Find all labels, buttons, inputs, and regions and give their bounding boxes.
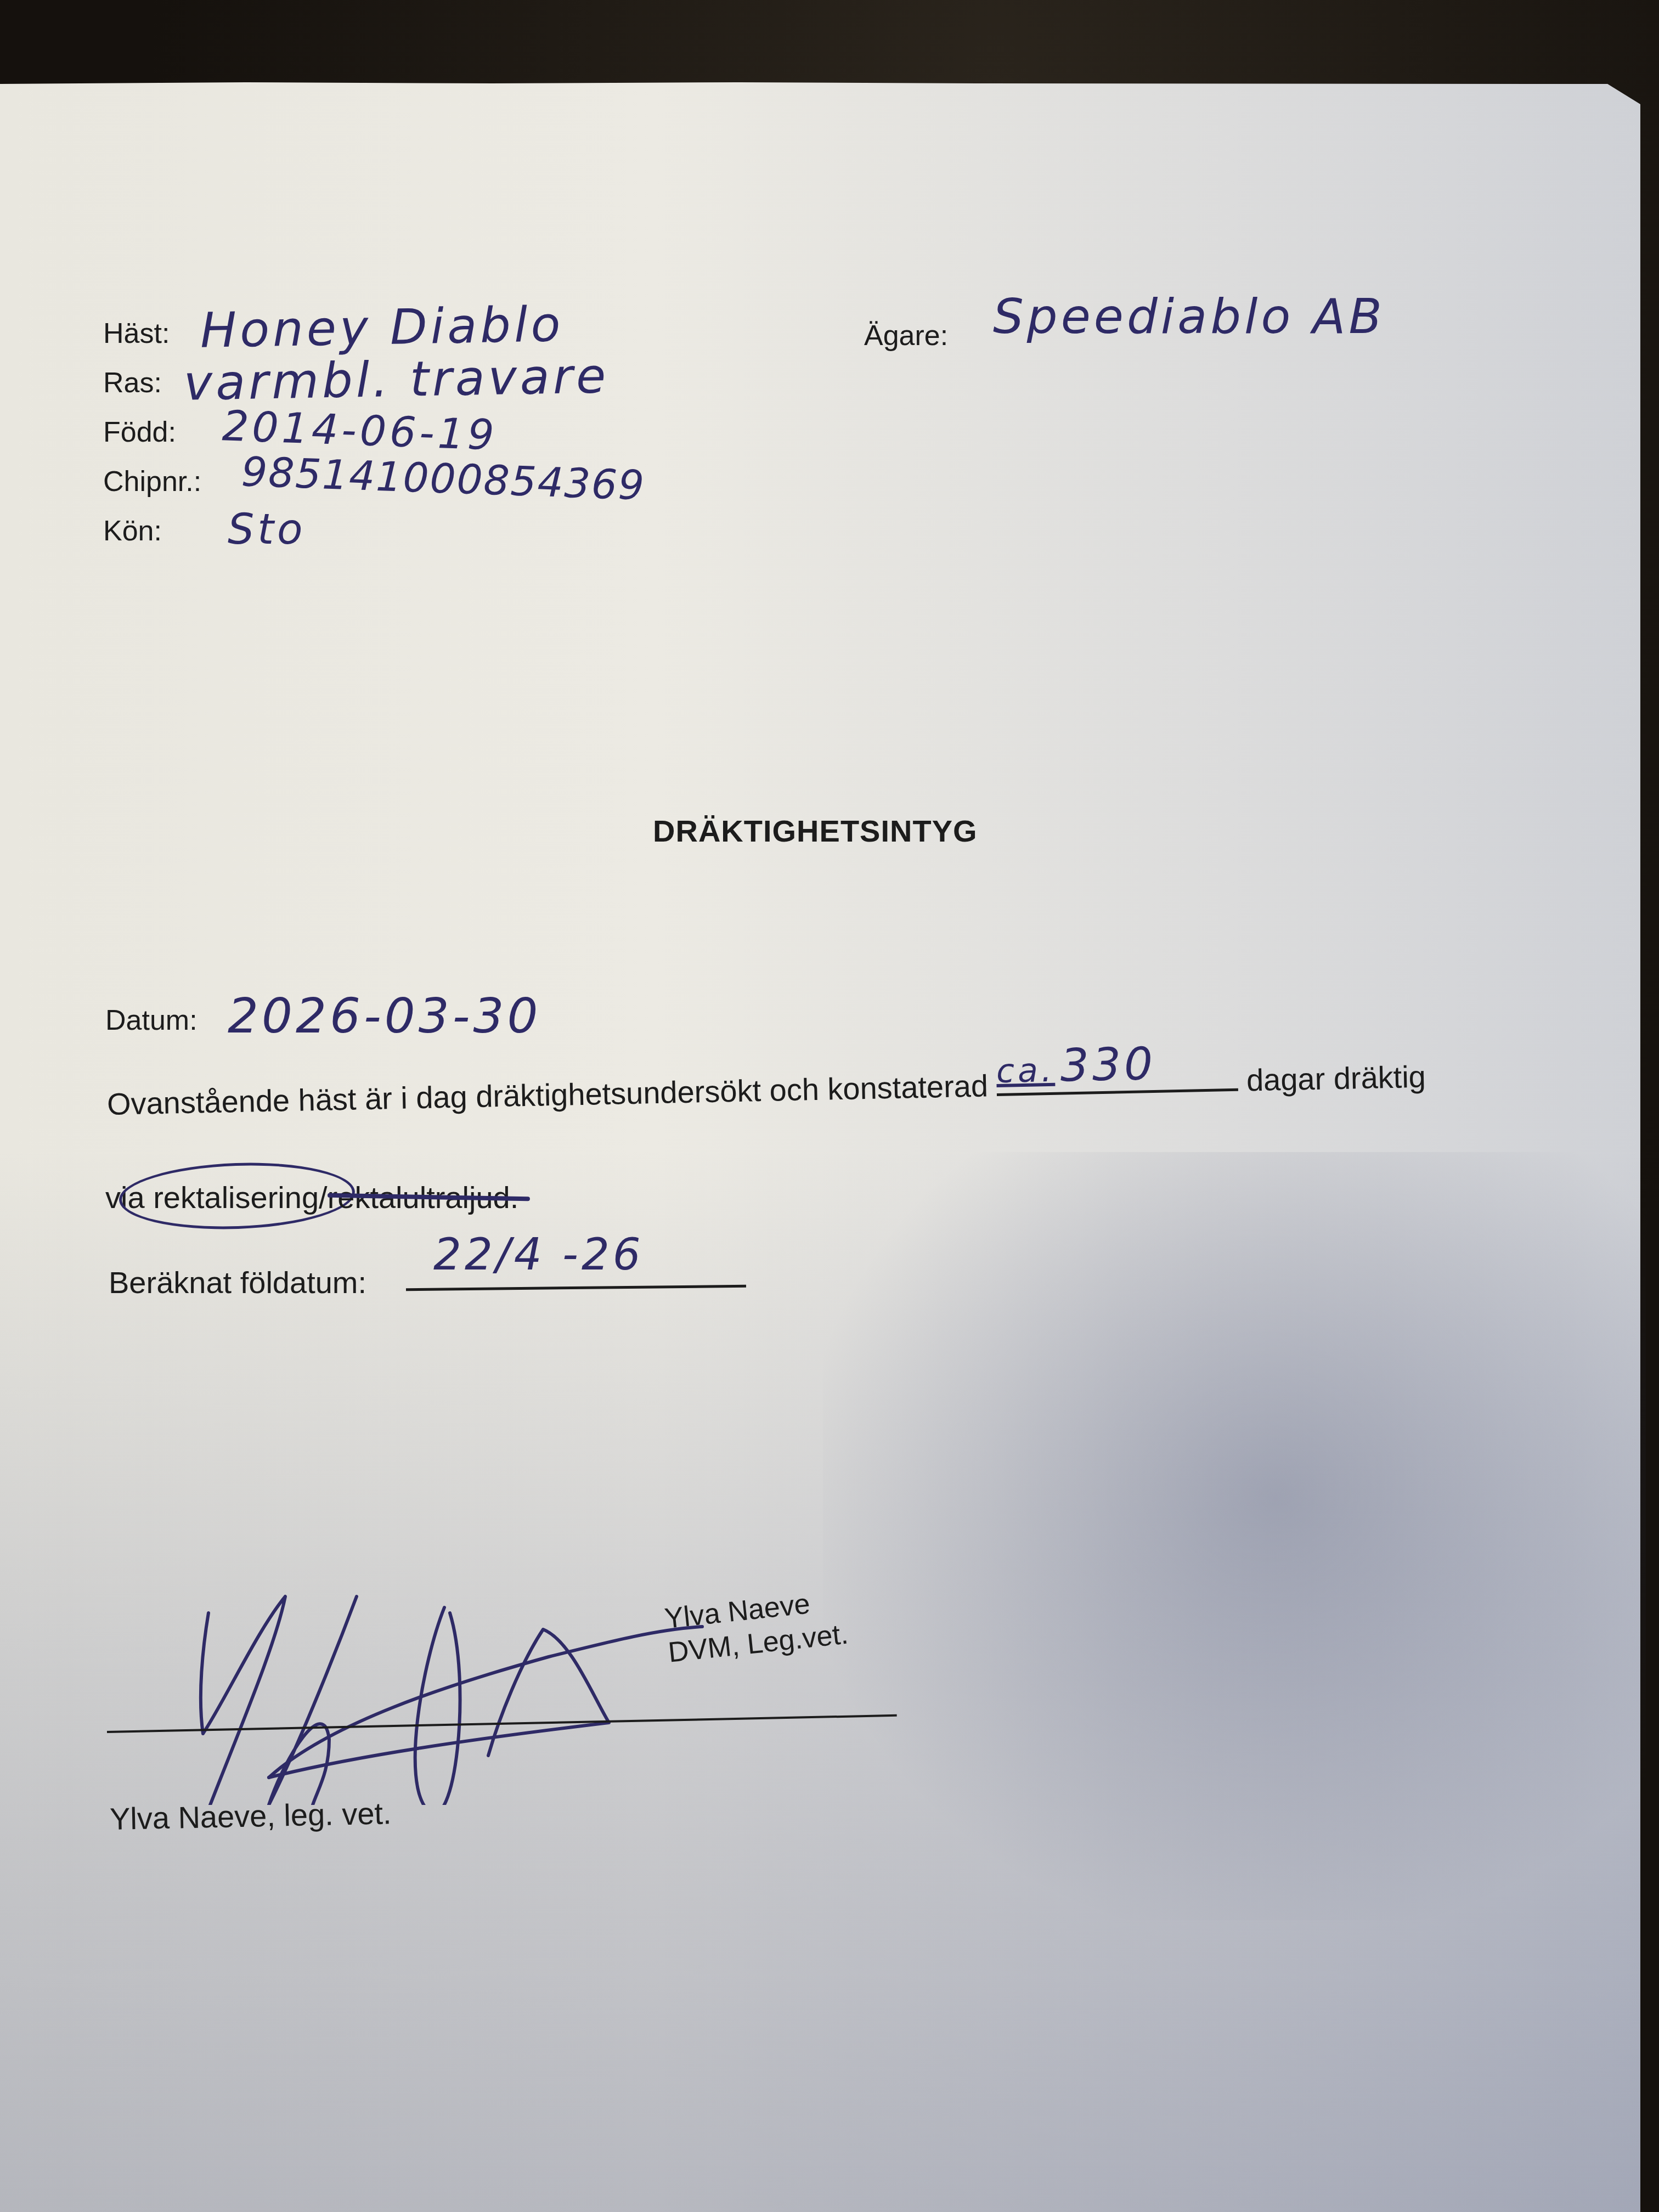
days-qualifier: ca.: [996, 1051, 1055, 1091]
chip-label: Chipnr.:: [103, 465, 201, 498]
signer-name: Ylva Naeve, leg. vet.: [109, 1795, 392, 1837]
date-label: Datum:: [105, 1004, 198, 1037]
breed-label: Ras:: [103, 366, 162, 399]
sex-value: Sto: [228, 505, 306, 554]
due-date-value: 22/4 -26: [433, 1229, 644, 1280]
days-blank: ca.330: [996, 1066, 1238, 1096]
method-selected-circled: via rektalisering: [105, 1180, 319, 1215]
method-selected: rektalisering: [153, 1180, 319, 1215]
born-label: Född:: [103, 416, 176, 449]
owner-value: Speediablo AB: [993, 288, 1385, 345]
method-line: via rektalisering/rektalultraljud.: [105, 1180, 518, 1215]
owner-label: Ägare:: [864, 319, 948, 352]
method-prefix: via: [105, 1180, 145, 1215]
days-number: 330: [1060, 1038, 1156, 1092]
date-value: 2026-03-30: [228, 988, 541, 1044]
horse-label: Häst:: [103, 317, 170, 350]
sex-label: Kön:: [103, 515, 162, 548]
due-date-label: Beräknat földatum:: [109, 1265, 366, 1300]
days-value: ca.330: [996, 1038, 1156, 1093]
document-title: DRÄKTIGHETSINTYG: [653, 813, 978, 849]
statement-suffix: dagar dräktig: [1246, 1059, 1426, 1098]
method-struck-out: rektalultraljud.: [328, 1180, 519, 1215]
